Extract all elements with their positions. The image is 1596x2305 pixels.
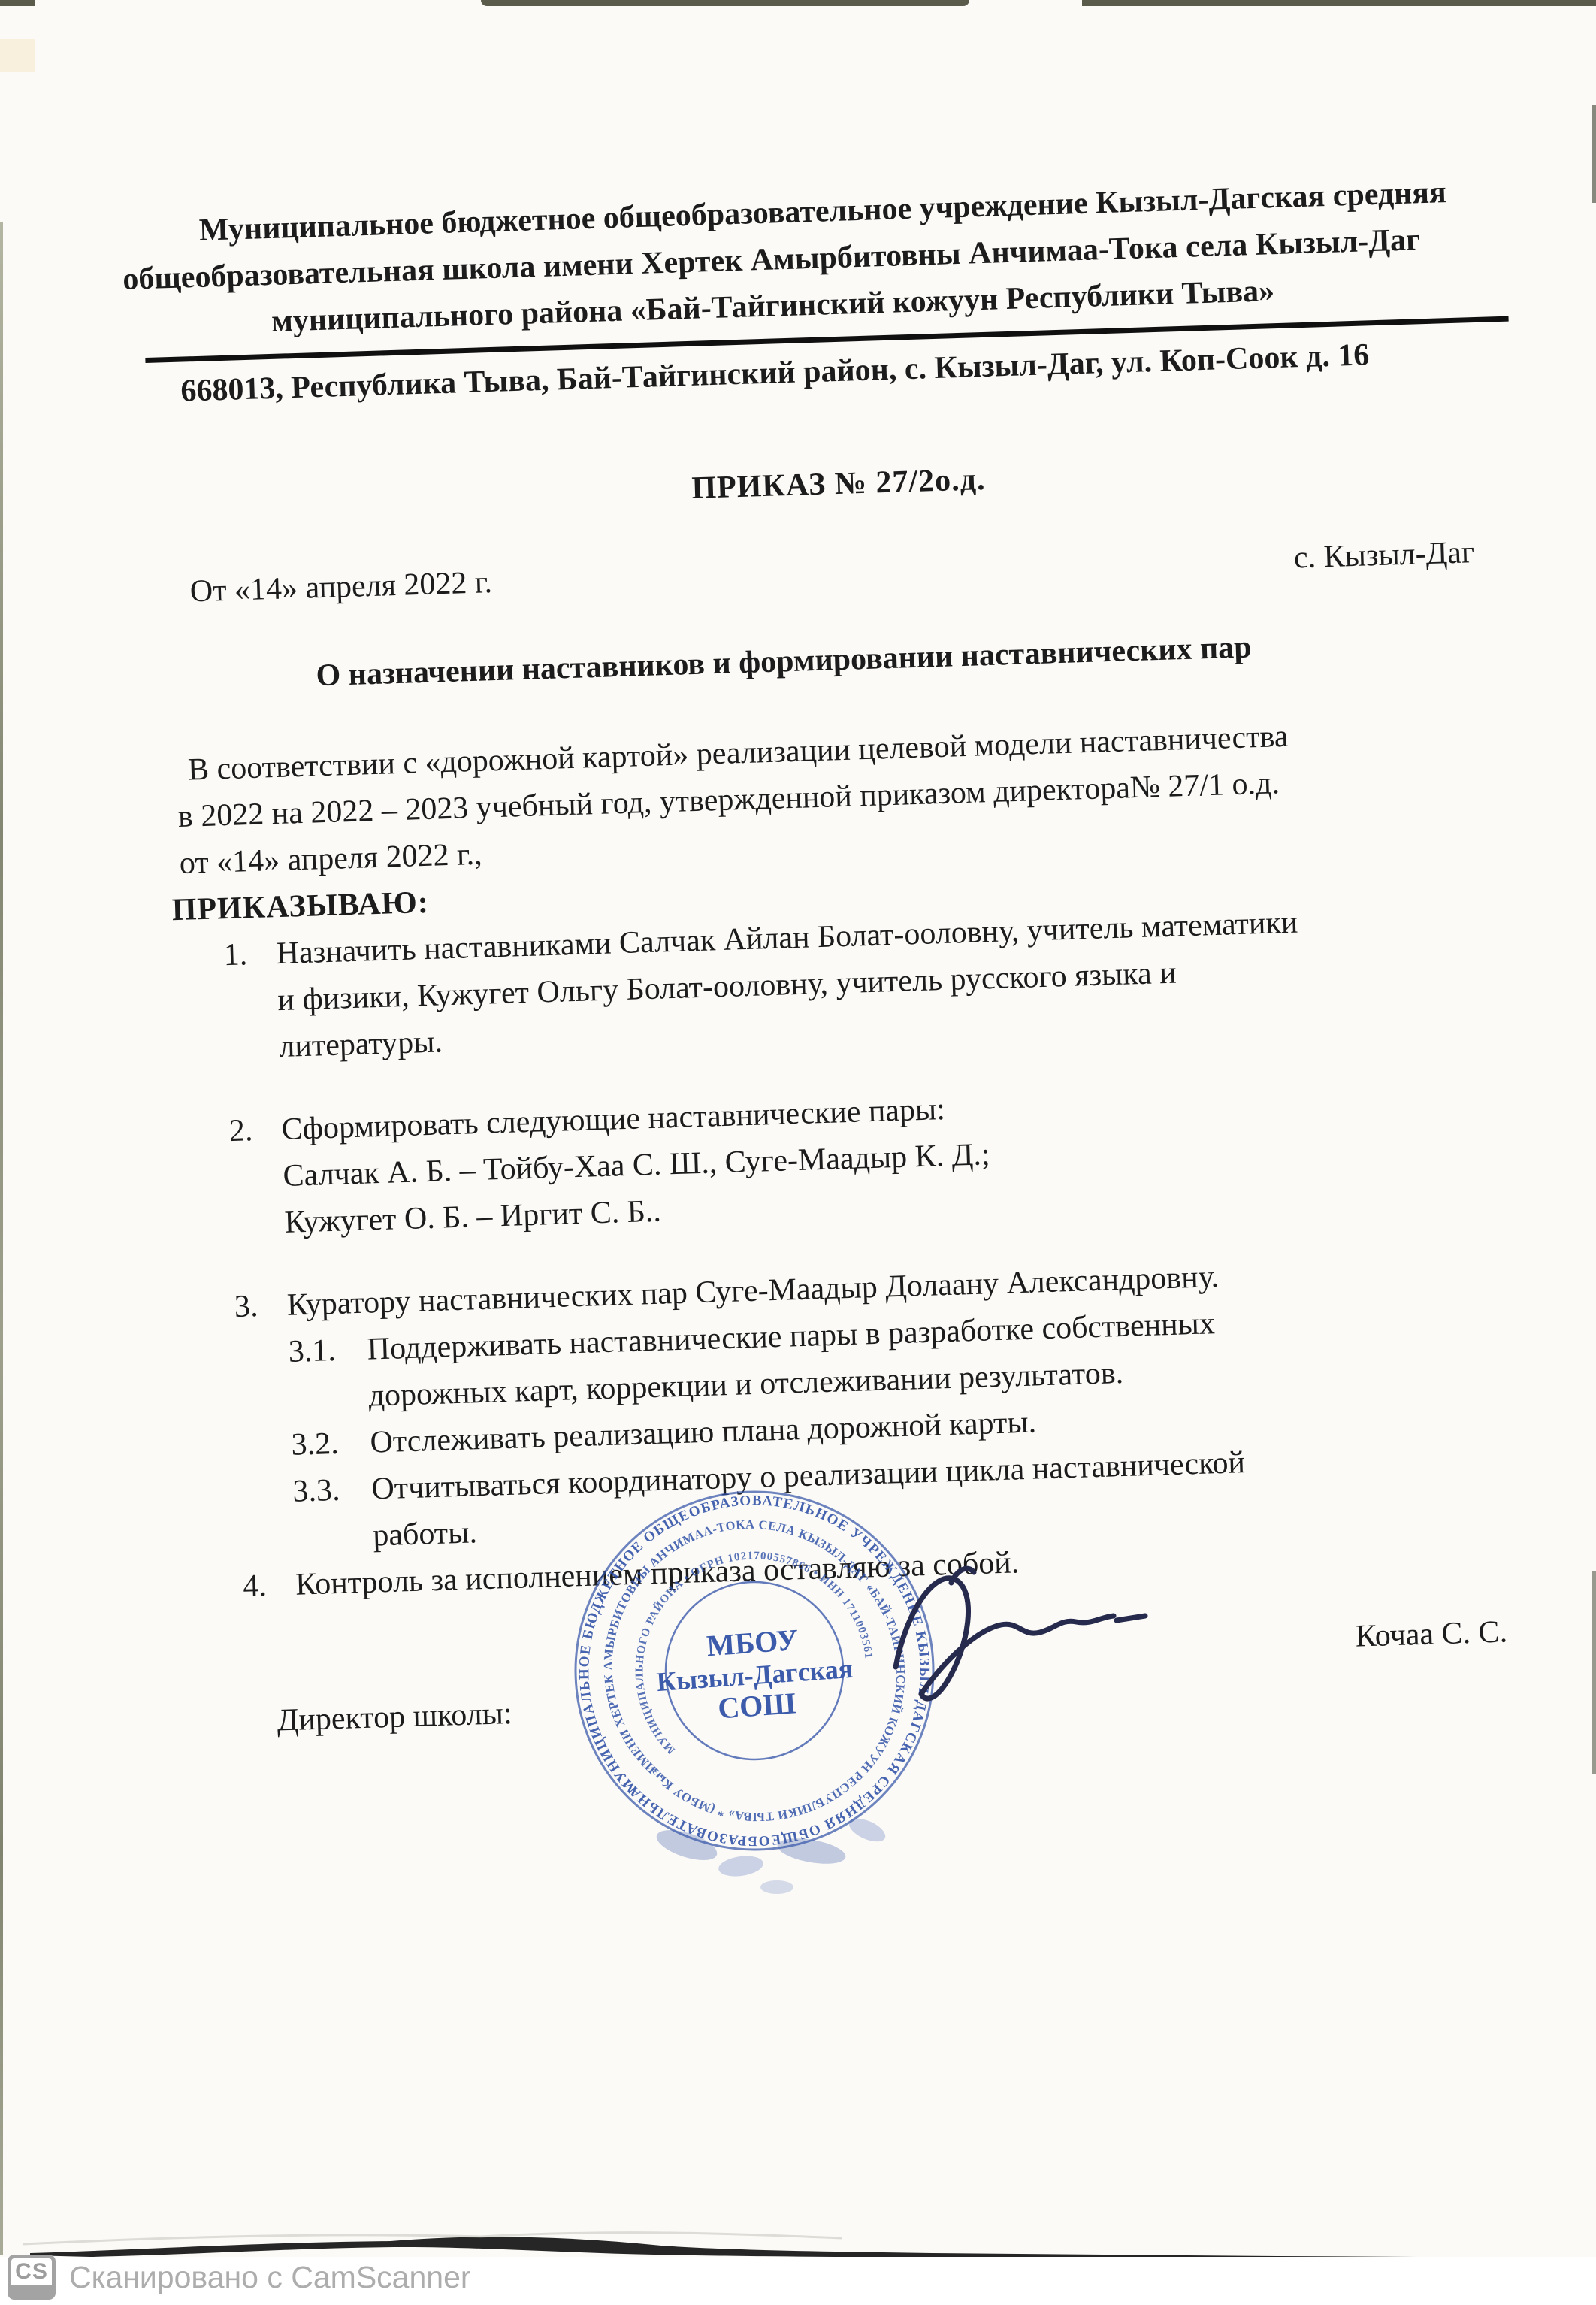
scan-top-edge — [0, 0, 35, 6]
order-item-2: 2. Сформировать следующие наставнические… — [228, 1067, 1576, 1248]
item-text: Сформировать следующие наставнические па… — [281, 1084, 992, 1246]
subitem-number: 3.1. — [288, 1326, 370, 1422]
item-number: 2. — [228, 1106, 286, 1248]
subitem-number: 3.3. — [292, 1466, 374, 1562]
signature-role: Директор школы: — [277, 1690, 513, 1744]
stamp-center-text: МБОУ Кызыл-Дагская СОШ — [653, 1619, 856, 1729]
order-title: ПРИКАЗ № 27/2о.д. — [40, 437, 1596, 532]
scanned-document-page: Муниципальное бюджетное общеобразователь… — [0, 0, 1596, 2305]
camscanner-icon-letters: CS — [8, 2255, 56, 2289]
order-place: с. Кызыл-Даг — [1293, 529, 1475, 581]
signature-name: Кочаа С. С. — [1355, 1609, 1508, 1660]
item-number: 4. — [242, 1562, 296, 1610]
order-subject: О назначении наставников и формировании … — [0, 614, 1582, 709]
date-place-row: От «14» апреля 2022 г. с. Кызыл-Даг — [189, 529, 1475, 615]
svg-text:СОШ: СОШ — [717, 1686, 797, 1725]
item-number: 3. — [234, 1282, 295, 1563]
scan-right-edge — [1592, 105, 1596, 203]
svg-text:МБОУ: МБОУ — [706, 1623, 800, 1662]
camscanner-icon-bar — [8, 2289, 56, 2300]
order-date: От «14» апреля 2022 г. — [189, 559, 493, 615]
camscanner-icon: CS — [8, 2255, 56, 2300]
camscanner-label: Сканировано с CamScanner — [69, 2258, 471, 2297]
subitem-number: 3.2. — [291, 1420, 371, 1469]
item-number: 1. — [223, 930, 280, 1072]
director-signature-ink — [879, 1547, 1165, 1735]
